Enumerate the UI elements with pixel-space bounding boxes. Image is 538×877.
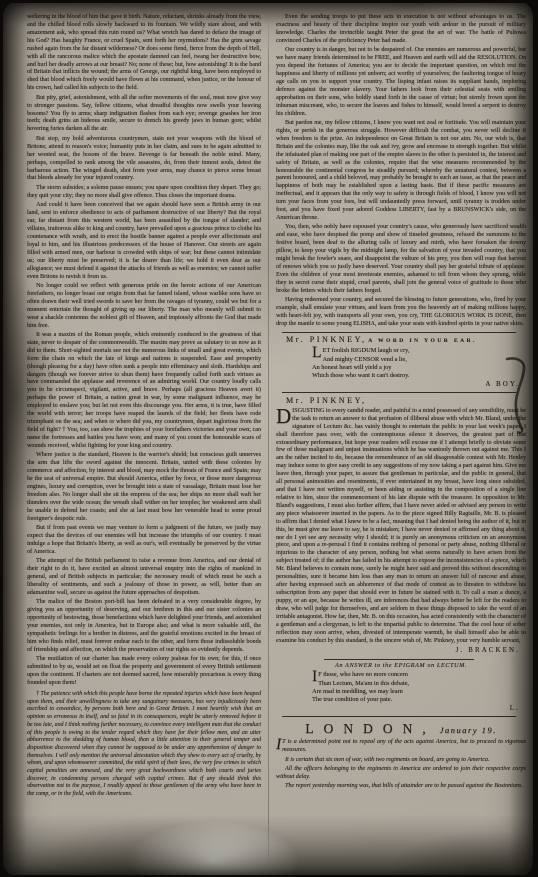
oration-footnote: † The patience with which this people ha… (27, 691, 261, 799)
addressee-name: Mr. PINKNEY, (286, 396, 367, 405)
left-column: weltering in the blood of him that gave … (27, 14, 261, 869)
text-columns: weltering in the blood of him that gave … (3, 3, 533, 875)
verse-line: Which those who want it can't destroy. (312, 372, 526, 380)
letter-body: DISGUSTING to every candid reader, and p… (276, 408, 526, 646)
london-news-items: IT is a determined point not to repeal a… (276, 739, 526, 791)
verse-line: F those, who have no more concern (312, 671, 526, 679)
heading-subtitle: A word in your ear. (368, 338, 477, 344)
drop-cap: D (276, 408, 292, 425)
oration-paragraph: No longer could we reflect with generous… (27, 283, 261, 331)
oration-paragraph: It was a maxim of the Roman people, whic… (27, 332, 261, 451)
oration-paragraph: And could it have been conceived that we… (27, 202, 261, 281)
answer-signature: L. (276, 705, 520, 714)
dateline-city: LONDON, (305, 721, 435, 736)
verse-line: And mighty CENSOR vend a lie, (312, 356, 526, 364)
section-rule (324, 659, 474, 660)
epigram-signature: A BOY. (276, 381, 520, 390)
section-rule (282, 392, 516, 393)
news-item: All the officers belonging to the regime… (276, 766, 526, 782)
verse-line: Are mad in meddling, we may learn (312, 688, 526, 696)
epigram-heading: Mr. PINKNEY, A word in your ear. (286, 335, 526, 346)
newspaper-scan-page: weltering in the blood of him that gave … (3, 3, 533, 875)
section-rule (282, 716, 516, 717)
oration-paragraph: The storm subsides; a solemn pause ensue… (27, 185, 261, 201)
addressee-name: Mr. PINKNEY, (286, 335, 367, 344)
letter-signature: J. BRACKEN. (276, 647, 520, 656)
oration-paragraph: Where justice is the standard, Heaven is… (27, 452, 261, 523)
oration-paragraph: But if from past events we may venture t… (27, 525, 261, 557)
oration-paragraph: The mutilation of our charter has made e… (27, 656, 261, 688)
oration-paragraph: weltering in the blood of him that gave … (27, 14, 261, 93)
oration-paragraph: But stop, my bold adventurous countrymen… (27, 136, 261, 184)
verse-line: ET foolish RIGDUM laugh or cry, (312, 347, 526, 355)
dateline-date: January 19. (440, 725, 497, 735)
column-divider-rule (268, 14, 269, 869)
oration-paragraph: Even the sending troops to put these act… (276, 14, 526, 46)
drop-cap: L (312, 347, 322, 360)
oration-paragraph: You, then, who nobly have espoused your … (276, 224, 526, 295)
oration-paragraph: The malice of the Boston port-bill has b… (27, 599, 261, 654)
answer-epigram-verse: I F those, who have no more concern Than… (312, 671, 526, 704)
oration-paragraph: Having redeemed your country, and secure… (276, 297, 526, 329)
news-item: It is certain that six men of war, with … (276, 757, 526, 765)
oration-paragraph: But pardon me, my fellow citizens, I kno… (276, 120, 526, 223)
right-column: Even the sending troops to put these act… (276, 14, 526, 869)
verse-line: The true condition of your pate. (312, 696, 526, 704)
news-text: T is a determined point not to repeal an… (282, 739, 526, 753)
verse-line: Than Lectum, Ma'am in this debate, (312, 680, 526, 688)
epigram-verse: L ET foolish RIGDUM laugh or cry, And mi… (312, 347, 526, 380)
verse-line: An honest heart will yield a joy (312, 364, 526, 372)
london-dateline: LONDON, January 19. (276, 720, 526, 738)
oration-paragraph: Our country is in danger, but not to be … (276, 47, 526, 118)
oration-paragraph: The attempt of the British parliament to… (27, 558, 261, 598)
letter-text: ISGUSTING to every candid reader, and pa… (276, 408, 526, 644)
section-rule (282, 332, 516, 333)
news-item: IT is a determined point not to repeal a… (276, 739, 526, 755)
oration-paragraph: But pity, grief, astonishment, with all … (27, 95, 261, 135)
news-item: The report yesterday morning was, that b… (276, 783, 526, 791)
letter-heading: Mr. PINKNEY, (286, 396, 526, 407)
